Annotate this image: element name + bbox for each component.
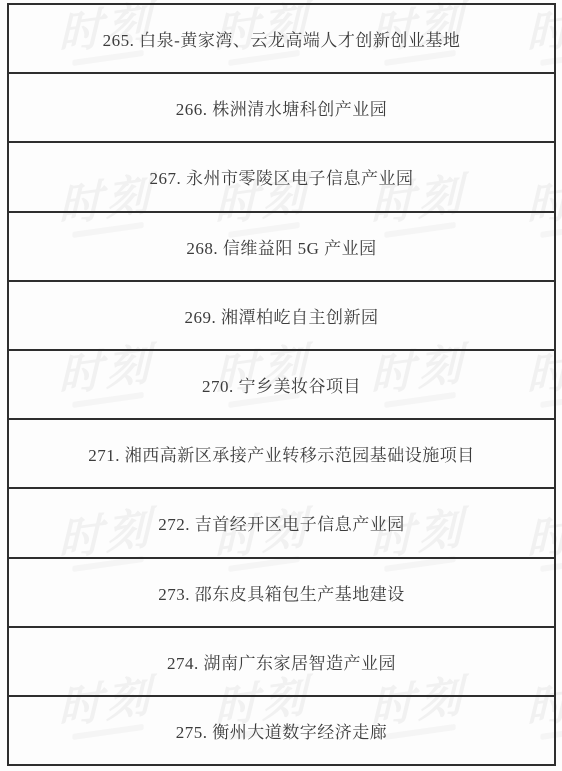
table-row: 267. 永州市零陵区电子信息产业园	[9, 143, 554, 212]
project-name: 266. 株洲清水塘科创产业园	[162, 95, 402, 120]
table-row: 274. 湖南广东家居智造产业园	[9, 628, 554, 697]
project-name: 272. 吉首经开区电子信息产业园	[144, 510, 419, 535]
project-name: 271. 湘西高新区承接产业转移示范园基础设施项目	[74, 441, 489, 466]
table-row: 268. 信维益阳 5G 产业园	[9, 213, 554, 282]
project-name: 270. 宁乡美妆谷项目	[188, 372, 375, 397]
project-name: 275. 衡州大道数字经济走廊	[162, 718, 402, 743]
table-row: 273. 邵东皮具箱包生产基地建设	[9, 559, 554, 628]
table-row: 272. 吉首经开区电子信息产业园	[9, 489, 554, 558]
project-name: 267. 永州市零陵区电子信息产业园	[136, 164, 428, 189]
project-list-table: 265. 白泉-黄家湾、云龙高端人才创新创业基地 266. 株洲清水塘科创产业园…	[7, 3, 556, 766]
project-name: 273. 邵东皮具箱包生产基地建设	[144, 580, 419, 605]
table-row: 265. 白泉-黄家湾、云龙高端人才创新创业基地	[9, 5, 554, 74]
document-page: 时刻时刻时刻时刻时刻时刻时刻时刻时刻时刻时刻时刻时刻时刻时刻时刻时刻时刻时刻时刻…	[0, 0, 562, 771]
table-row: 266. 株洲清水塘科创产业园	[9, 74, 554, 143]
project-name: 269. 湘潭柏屹自主创新园	[171, 303, 393, 328]
project-name: 268. 信维益阳 5G 产业园	[172, 234, 390, 259]
table-row: 271. 湘西高新区承接产业转移示范园基础设施项目	[9, 420, 554, 489]
table-row: 270. 宁乡美妆谷项目	[9, 351, 554, 420]
project-name: 274. 湖南广东家居智造产业园	[153, 649, 410, 674]
table-row: 269. 湘潭柏屹自主创新园	[9, 282, 554, 351]
table-row: 275. 衡州大道数字经济走廊	[9, 697, 554, 764]
project-name: 265. 白泉-黄家湾、云龙高端人才创新创业基地	[89, 26, 475, 51]
